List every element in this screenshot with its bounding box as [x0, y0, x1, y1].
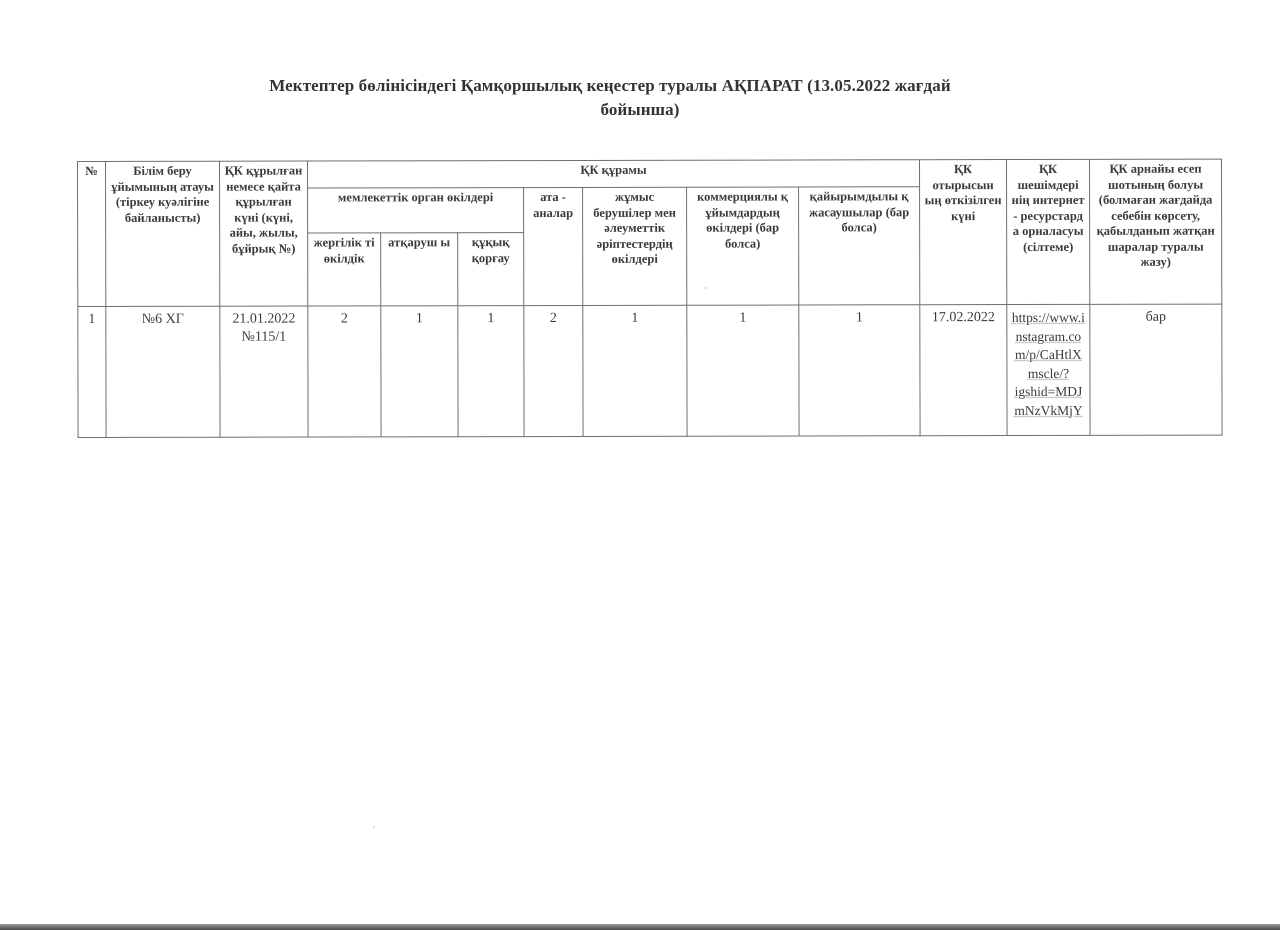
- page-title: Мектептер бөлінісіндегі Қамқоршылық кеңе…: [230, 74, 990, 122]
- cell-special-account: бар: [1090, 304, 1222, 435]
- header-commercial: коммерциялы қ ұйымдардың өкілдері (бар б…: [687, 187, 799, 305]
- header-law-enforcement: құқық қорғау: [458, 233, 524, 306]
- cell-parents: 2: [524, 305, 583, 436]
- cell-employers: 1: [583, 305, 687, 436]
- cell-executive: 1: [381, 306, 458, 437]
- header-charity: қайырымдылы қ жасаушылар (бар болса): [799, 187, 920, 305]
- header-num: №: [78, 161, 106, 306]
- header-meeting-date: ҚК отырысын ың өткізілген күні: [920, 160, 1007, 305]
- instagram-link[interactable]: https://www.instagram.com/p/CaHtlXmscle/…: [1012, 310, 1085, 418]
- header-parents: ата - аналар: [524, 187, 583, 305]
- cell-num: 1: [78, 306, 106, 437]
- cell-charity: 1: [799, 305, 920, 436]
- cell-local-rep: 2: [308, 306, 381, 437]
- header-internet-link: ҚК шешімдері нің интернет - ресурстард а…: [1007, 159, 1090, 304]
- header-executive: атқаруш ы: [381, 233, 458, 306]
- page-title-line2: бойынша): [230, 98, 990, 122]
- header-composition: ҚК құрамы: [308, 160, 920, 188]
- header-org-name: Білім беру ұйымының атауы (тіркеу куәліг…: [106, 161, 220, 306]
- page-title-line1: Мектептер бөлінісіндегі Қамқоршылық кеңе…: [269, 76, 951, 95]
- cell-law-enforcement: 1: [458, 306, 524, 437]
- cell-meeting-date: 17.02.2022: [920, 305, 1007, 436]
- cell-commercial: 1: [687, 305, 799, 436]
- header-special-account: ҚК арнайы есеп шотының болуы (болмаған ж…: [1090, 159, 1222, 304]
- header-state-reps: мемлекеттік орган өкілдері: [308, 188, 524, 233]
- cell-internet-link: https://www.instagram.com/p/CaHtlXmscle/…: [1007, 304, 1090, 435]
- header-created-date: ҚК құрылған немесе қайта құрылған күні (…: [220, 161, 308, 306]
- councils-info-table: № Білім беру ұйымының атауы (тіркеу куәл…: [77, 159, 1223, 438]
- scan-bottom-edge: [0, 924, 1280, 930]
- table-row: 1 №6 ХГ 21.01.2022 №115/1 2 1 1 2 1 1 1 …: [78, 304, 1222, 437]
- header-local-rep: жергілік ті өкілдік: [308, 233, 381, 306]
- cell-created-date: 21.01.2022 №115/1: [220, 306, 308, 437]
- scan-speck: [705, 287, 707, 289]
- scan-speck: [373, 826, 375, 828]
- cell-org-name: №6 ХГ: [106, 306, 220, 437]
- header-employers: жұмыс берушілер мен әлеуметтік әріптесте…: [583, 187, 687, 305]
